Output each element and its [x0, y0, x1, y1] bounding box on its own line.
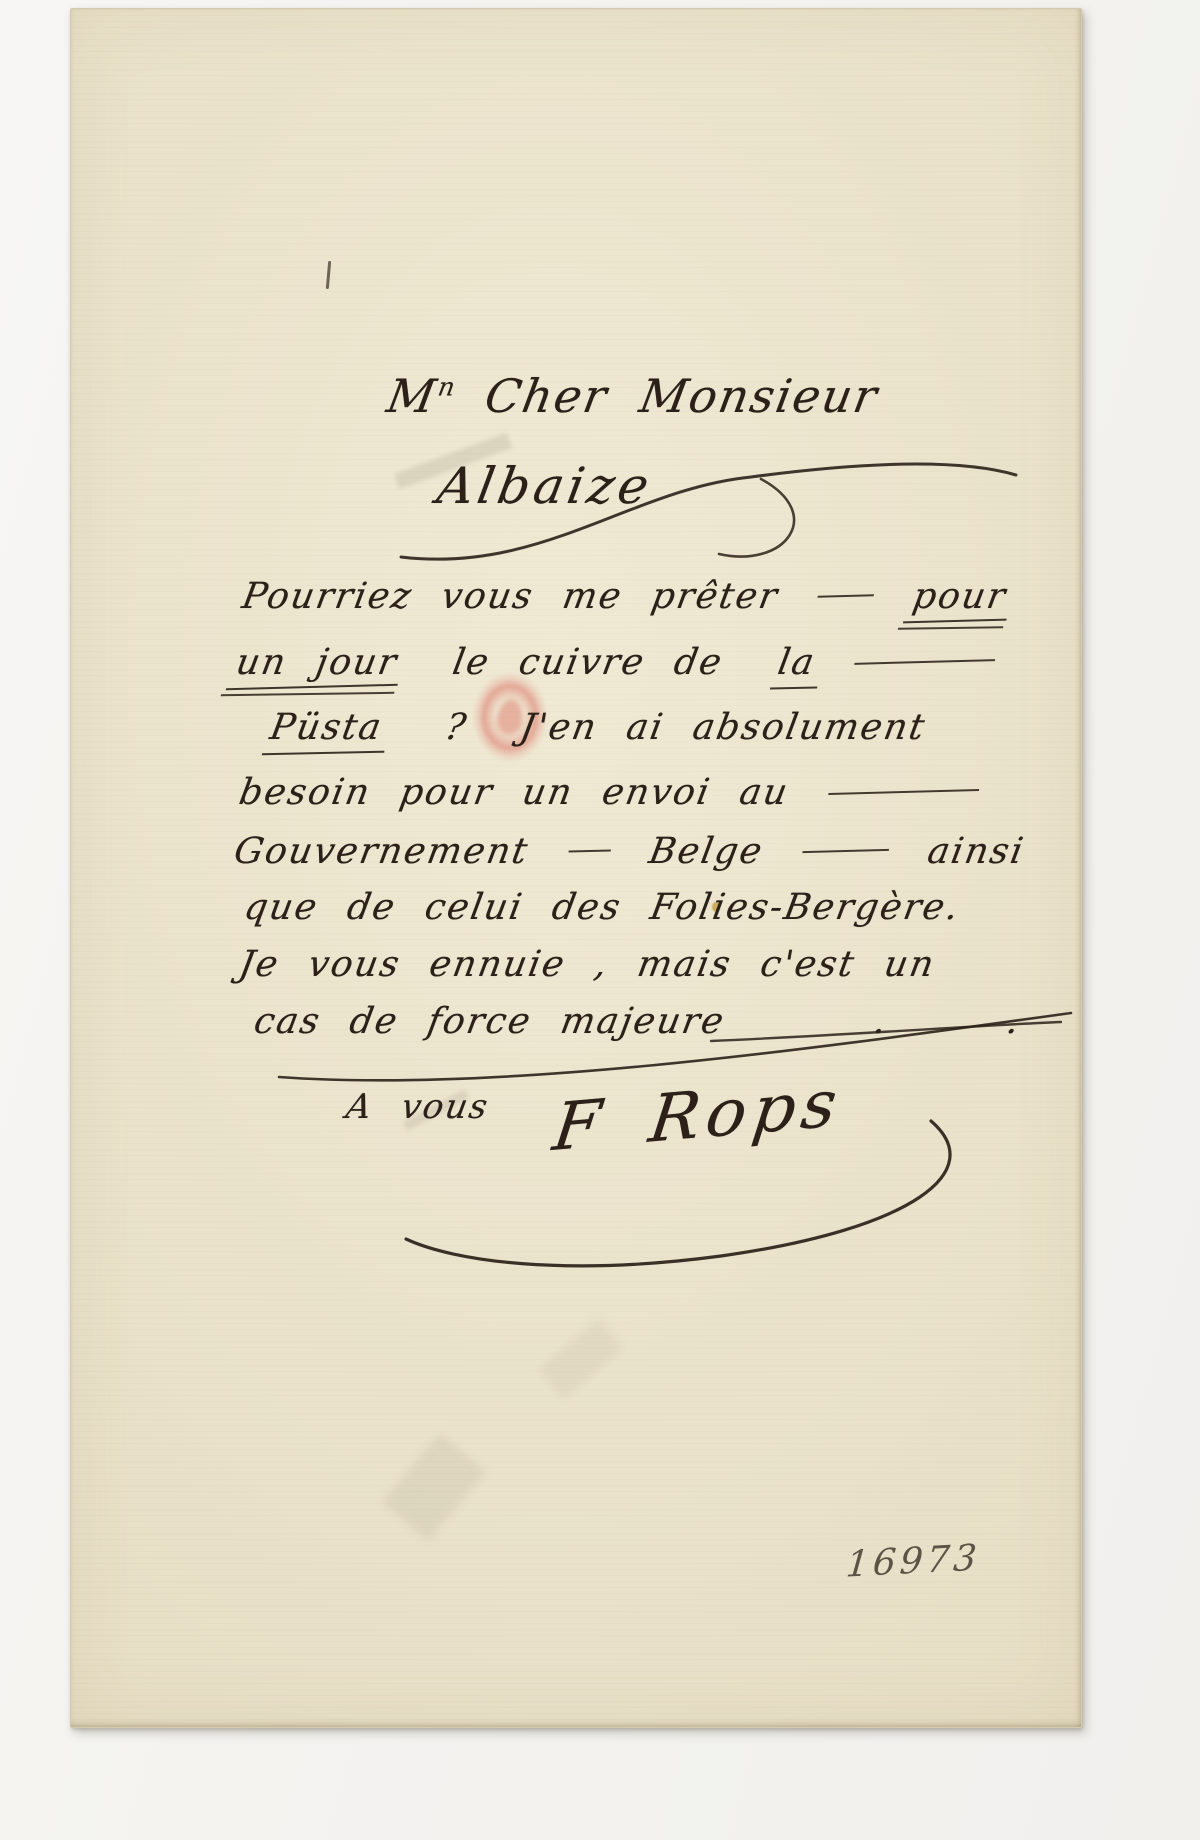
connector-dash — [802, 849, 889, 853]
body-line-6: que de celui des Folies-Bergère. — [241, 887, 963, 928]
question-mark: ? — [442, 707, 471, 748]
closing-line: A vous — [343, 1087, 492, 1127]
body-line-8: cas de force majeure . . — [251, 1001, 1024, 1042]
underlined-word-pour: pour — [910, 576, 1010, 617]
body-line-1: Pourriez vous me prêter pour — [239, 576, 1010, 617]
salutation-rest: Cher Monsieur — [481, 369, 883, 423]
body-line-3: Püsta ? J'en ai absolument — [267, 707, 929, 748]
salutation-initial: M — [383, 369, 442, 423]
trailing-dash — [854, 659, 995, 665]
salutation-superscript: n — [436, 373, 457, 402]
inventory-number: 16973 — [844, 1537, 982, 1585]
connector-dash — [818, 594, 875, 597]
body-line-3-text: J'en ai absolument — [517, 707, 929, 748]
underlined-words-un-jour: un jour — [233, 642, 401, 683]
body-line-4-text: besoin pour un envoi au — [236, 772, 792, 813]
body-line-5: Gouvernement Belge ainsi — [231, 831, 1028, 872]
underlined-word-pusta: Püsta — [267, 707, 386, 748]
scanned-letter-page: { "letter": { "salutation": { "initial":… — [0, 0, 1200, 1840]
body-line-2-text: le cuivre de — [450, 642, 727, 683]
addressee-name: Albaize — [433, 457, 657, 515]
body-line-2: un jour le cuivre de la — [233, 642, 1008, 683]
closing-text: A vous — [343, 1087, 492, 1127]
body-line-8-text: cas de force majeure — [251, 1001, 728, 1042]
body-line-5-word-gouvernement: Gouvernement — [231, 831, 532, 872]
letter-paper-sheet: Mn Cher Monsieur Albaize Pourriez vous m… — [70, 8, 1082, 1728]
addressee-name-line: Albaize — [433, 457, 657, 515]
salutation-line: Mn Cher Monsieur — [383, 369, 883, 423]
underlined-word-la: la — [775, 642, 819, 683]
trailing-dash — [828, 789, 979, 795]
connector-dash — [568, 849, 610, 852]
body-line-6-text: que de celui des Folies-Bergère. — [241, 887, 963, 928]
body-line-4: besoin pour un envoi au — [236, 772, 992, 813]
body-line-7-text: Je vous ennuie , mais c'est un — [236, 944, 939, 985]
period-dot: . — [871, 1001, 892, 1042]
body-line-5-word-ainsi: ainsi — [925, 831, 1028, 872]
body-line-7: Je vous ennuie , mais c'est un — [236, 944, 939, 985]
body-line-1-text: Pourriez vous me prêter — [239, 576, 782, 617]
body-line-5-word-belge: Belge — [646, 831, 767, 872]
albaize-loop — [719, 479, 794, 557]
